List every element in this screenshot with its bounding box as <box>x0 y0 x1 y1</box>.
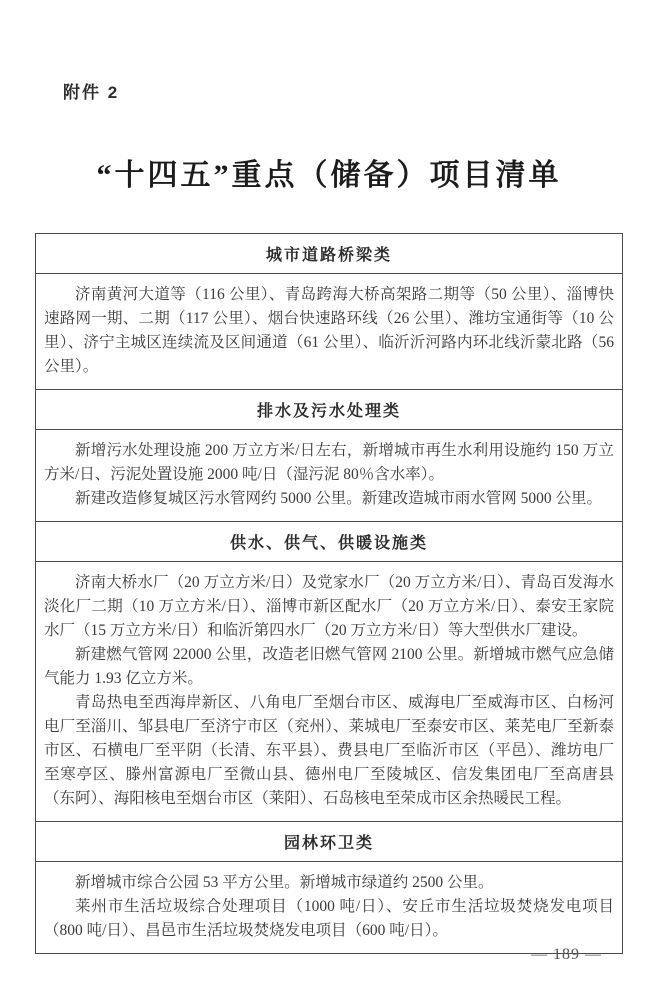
section-paragraph: 新建改造修复城区污水管网约 5000 公里。新建改造城市雨水管网 5000 公里… <box>44 487 614 511</box>
section-body-cell: 济南大桥水厂（20 万立方米/日）及党家水厂（20 万立方米/日）、青岛百发海水… <box>36 562 622 822</box>
section-paragraph: 济南黄河大道等（116 公里）、青岛跨海大桥高架路二期等（50 公里）、淄博快速… <box>44 283 614 379</box>
section-paragraph: 新增污水处理设施 200 万立方米/日左右，新增城市再生水利用设施约 150 万… <box>44 439 614 487</box>
section-paragraph: 新增城市综合公园 53 平方公里。新增城市绿道约 2500 公里。 <box>44 871 614 895</box>
table-section: 城市道路桥梁类 济南黄河大道等（116 公里）、青岛跨海大桥高架路二期等（50 … <box>36 234 622 390</box>
section-paragraph: 青岛热电至西海岸新区、八角电厂至烟台市区、威海电厂至威海市区、白杨河电厂至淄川、… <box>44 691 614 811</box>
table-section: 排水及污水处理类 新增污水处理设施 200 万立方米/日左右，新增城市再生水利用… <box>36 390 622 522</box>
attachment-label: 附件 2 <box>63 78 119 103</box>
section-header-cell: 园林环卫类 <box>36 822 622 862</box>
section-body-cell: 济南黄河大道等（116 公里）、青岛跨海大桥高架路二期等（50 公里）、淄博快速… <box>36 274 622 390</box>
table-section: 供水、供气、供暖设施类 济南大桥水厂（20 万立方米/日）及党家水厂（20 万立… <box>36 522 622 822</box>
section-header-cell: 供水、供气、供暖设施类 <box>36 522 622 562</box>
section-paragraph: 济南大桥水厂（20 万立方米/日）及党家水厂（20 万立方米/日）、青岛百发海水… <box>44 571 614 643</box>
page-title: “十四五”重点（储备）项目清单 <box>0 150 658 194</box>
project-table: 城市道路桥梁类 济南黄河大道等（116 公里）、青岛跨海大桥高架路二期等（50 … <box>35 233 623 954</box>
document-page: 附件 2 “十四五”重点（储备）项目清单 城市道路桥梁类 济南黄河大道等（116… <box>0 0 658 992</box>
section-body-cell: 新增城市综合公园 53 平方公里。新增城市绿道约 2500 公里。莱州市生活垃圾… <box>36 862 622 953</box>
section-header-cell: 排水及污水处理类 <box>36 390 622 430</box>
page-number: — 189 — <box>531 946 602 963</box>
section-paragraph: 新建燃气管网 22000 公里，改造老旧燃气管网 2100 公里。新增城市燃气应… <box>44 643 614 691</box>
page-footer: — 189 — <box>531 946 602 964</box>
section-header-cell: 城市道路桥梁类 <box>36 234 622 274</box>
section-body-cell: 新增污水处理设施 200 万立方米/日左右，新增城市再生水利用设施约 150 万… <box>36 430 622 522</box>
section-paragraph: 莱州市生活垃圾综合处理项目（1000 吨/日）、安丘市生活垃圾焚烧发电项目（80… <box>44 895 614 943</box>
table-section: 园林环卫类 新增城市综合公园 53 平方公里。新增城市绿道约 2500 公里。莱… <box>36 822 622 953</box>
